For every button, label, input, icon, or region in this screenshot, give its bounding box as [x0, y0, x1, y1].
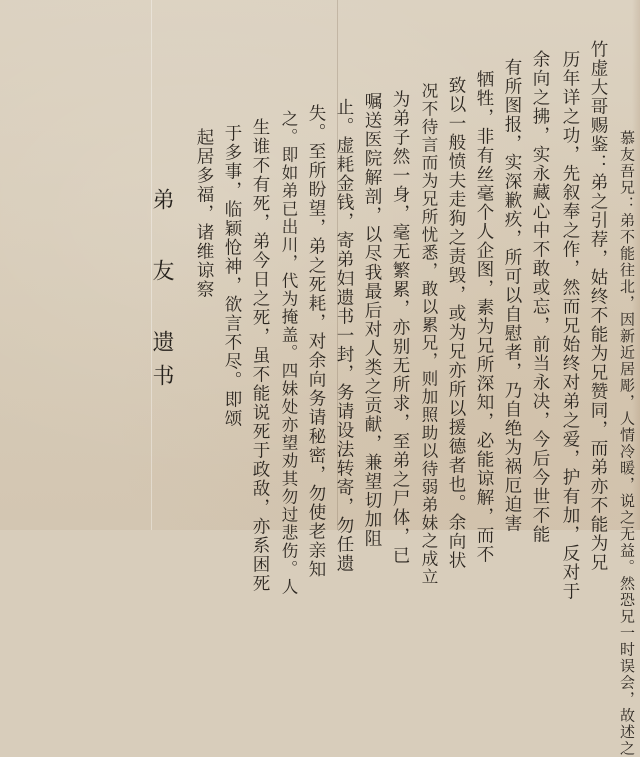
- letter-column-5: 有所图报，实深歉疚，所可以自慰者，乃自绝为祸厄迫害: [503, 58, 521, 530]
- letter-paper: 慕友吾兄：弟不能往北，因新近居彫，人情冷暖，说之无益。然恐兄一时误会，故述之 竹…: [0, 0, 640, 530]
- letter-column-15: 于多事，临颖怆神，欲言不尽。即颂: [223, 124, 241, 428]
- letter-column-10: 嘱送医院解剖，以尽我最后对人类之贡献，兼望切加阻: [363, 92, 381, 530]
- letter-column-16: 起居多福，诸维谅察: [195, 128, 213, 299]
- letter-column-1: 慕友吾兄：弟不能往北，因新近居彫，人情冷暖，说之无益。然恐兄一时误会，故述之: [619, 130, 634, 530]
- letter-column-8: 况不待言而为兄所忧悉，敢以累兄，则加照助以待弱弟妹之成立: [420, 82, 437, 530]
- signature: 弟 友 遗书: [150, 188, 172, 398]
- letter-column-2: 竹虚大哥赐鉴：弟之引荐，姑终不能为兄赞同，而弟亦不能为兄: [589, 40, 607, 530]
- letter-column-13: 之。即如弟已出川，代为掩盖。四妹处亦望劝其勿过悲伤。人: [280, 110, 297, 530]
- letter-column-11: 止。虚耗金钱，寄弟妇遗书一封，务请设法转寄，勿任遗: [335, 98, 353, 530]
- letter-column-9: 为弟子然一身，毫无繁累，亦别无所求，至弟之尸体，已: [391, 90, 409, 530]
- letter-column-4: 余向之拂，实永藏心中不敢或忘，前当永决，今后今世不能: [531, 50, 549, 530]
- letter-column-3: 历年详之功，先叙奉之作，然而兄始终对弟之爱，护有加，反对于: [561, 50, 579, 530]
- letter-column-6: 牺牲，非有丝毫个人企图，素为兄所深知，必能谅解，而不: [475, 70, 493, 530]
- letter-column-7: 致以一般愤夫走狗之责毁，或为兄亦所以援德者也。余向状: [447, 76, 465, 530]
- letter-column-12: 失。至所盼望，弟之死耗，对余向务请秘密，勿使老亲知: [307, 104, 325, 530]
- letter-column-14: 生谁不有死，弟今日之死，虽不能说死于政敌，亦系困死: [251, 118, 269, 530]
